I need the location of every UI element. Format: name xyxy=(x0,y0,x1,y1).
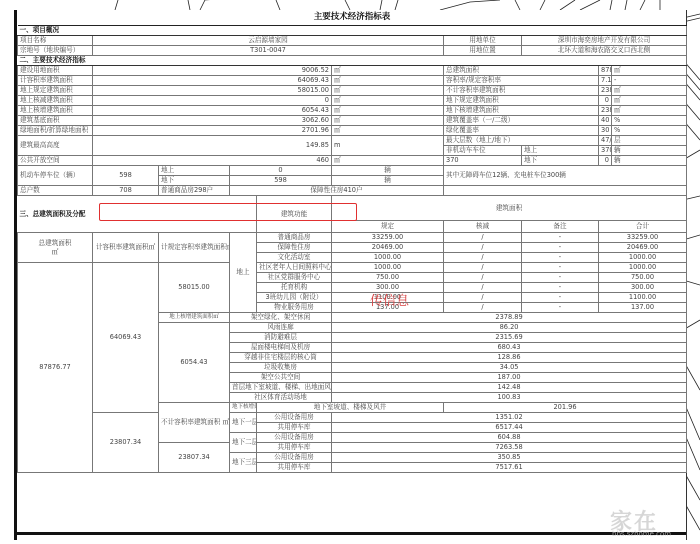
unit: 辆 xyxy=(612,146,687,156)
value: 598 xyxy=(93,166,159,186)
table-row: 地上核减建筑面积 0 ㎡ 地下规定建筑面积 0 ㎡ xyxy=(18,96,687,106)
label: 地下 xyxy=(522,156,599,166)
unit: 层 xyxy=(612,136,687,146)
value: 6517.44 xyxy=(332,423,687,433)
label: 地上 xyxy=(522,146,599,156)
value: 47/3 xyxy=(599,136,612,146)
bottom-border xyxy=(14,532,686,535)
value: - xyxy=(522,263,599,273)
table-row: 总户数 708 普通商品房298户 保障性住房410户 xyxy=(18,186,687,196)
function-name: 公用设备用房 xyxy=(257,433,332,443)
section-1-heading: 一、项目概况 xyxy=(18,26,687,36)
value: 1000.00 xyxy=(599,253,687,263)
function-name: 穿越非住宅楼层的核心筒 xyxy=(230,353,332,363)
spec-area-value: 58015.00 xyxy=(159,263,230,313)
value: 34.05 xyxy=(332,363,687,373)
value: 7517.61 xyxy=(332,463,687,473)
value: 2378.89 xyxy=(332,313,687,323)
value: 6054.43 xyxy=(93,106,332,116)
table-row: 计容积率建筑面积 64069.43 ㎡ 容积率/规定容积率 7.11 / 6.4… xyxy=(18,76,687,86)
unit: ㎡ xyxy=(332,66,444,76)
function-name: 首层地下室坡道、楼梯、出地面风井 xyxy=(230,383,332,393)
table-row: 机动车停车位（辆） 598 地上 0 辆 其中无障碍车位12辆、充电桩车位300… xyxy=(18,166,687,176)
value: 1000.00 xyxy=(332,263,444,273)
label: 地下规定建筑面积 xyxy=(444,96,599,106)
value: / xyxy=(444,303,522,313)
table-row: 地上规定建筑面积 58015.00 ㎡ 不计容积率建筑面积 23807.34 ㎡ xyxy=(18,86,687,96)
value: 370 xyxy=(444,156,522,166)
table-row: 宗地号（地块编号） T301-0047 用地位置 北环大道和海农路交叉口西北侧 xyxy=(18,46,687,56)
value: 300.00 xyxy=(599,283,687,293)
value: / xyxy=(444,273,522,283)
value: 33259.00 xyxy=(332,233,444,243)
function-name: 普通商品房 xyxy=(257,233,332,243)
unit: % xyxy=(612,116,687,126)
function-name: 共用停车库 xyxy=(257,463,332,473)
col-deduct: 核减 xyxy=(444,221,522,233)
function-name: 社区党群服务中心 xyxy=(257,273,332,283)
floor-label: 地下一层 xyxy=(230,413,257,433)
nonfar-area-header: 不计容积率建筑面积 ㎡ xyxy=(159,403,230,443)
value: 680.43 xyxy=(332,343,687,353)
unit: - xyxy=(612,76,687,86)
function-name: 架空绿化、架空休闲 xyxy=(230,313,332,323)
value: 0 xyxy=(599,96,612,106)
label: 总户数 xyxy=(18,186,93,196)
value: 2315.69 xyxy=(332,333,687,343)
function-name: 共用停车库 xyxy=(257,443,332,453)
label: 建筑最高高度 xyxy=(18,136,93,156)
label: 非机动车车位 xyxy=(444,146,522,156)
value: 33259.00 xyxy=(599,233,687,243)
value: 20469.00 xyxy=(332,243,444,253)
function-name: 物业服务用房 xyxy=(257,303,332,313)
value: 137.00 xyxy=(599,303,687,313)
value: 0 xyxy=(93,96,332,106)
value: 云启源墙家园 xyxy=(93,36,444,46)
label: 地上核减建筑面积 xyxy=(18,96,93,106)
label: 容积率/规定容积率 xyxy=(444,76,599,86)
label: 地上 xyxy=(159,166,230,176)
unit: ㎡ xyxy=(332,116,444,126)
function-name: 架空公共空间 xyxy=(230,373,332,383)
unit: ㎡ xyxy=(332,86,444,96)
label: 地上核增建筑面积 xyxy=(18,106,93,116)
col-spec: 规定 xyxy=(332,221,444,233)
table-row: 项目名称 云启源墙家园 用地单位 深圳市海奕房地产开发有限公司 xyxy=(18,36,687,46)
value: 1351.02 xyxy=(332,413,687,423)
value: 750.00 xyxy=(599,273,687,283)
value: 23807.34 xyxy=(599,106,612,116)
spec-area-header: 计规定容积率建筑面积㎡ xyxy=(159,233,230,263)
value: 20469.00 xyxy=(599,243,687,253)
indicators-table: 主要技术经济指标表 一、项目概况 项目名称 云启源墙家园 用地单位 深圳市海奕房… xyxy=(17,10,687,473)
unit: ㎡ xyxy=(332,96,444,106)
empty-cell xyxy=(444,186,687,196)
note: 其中无障碍车位12辆、充电桩车位300辆 xyxy=(444,166,687,186)
value: 64069.43 xyxy=(93,76,332,86)
total-area-value: 87876.77 xyxy=(18,263,93,473)
value: - xyxy=(522,293,599,303)
value: 北环大道和海农路交叉口西北侧 xyxy=(522,46,687,56)
label: 计容积率建筑面积 xyxy=(18,76,93,86)
value: 保障性住房410户 xyxy=(230,186,444,196)
value: 40 / 18.86 xyxy=(599,116,612,126)
value: / xyxy=(444,233,522,243)
label: 地下 xyxy=(159,176,230,186)
col-note: 备注 xyxy=(522,221,599,233)
value: 0 xyxy=(230,166,332,176)
table-row: 建筑基底面积 3062.60 ㎡ 建筑覆盖率（一/二级） 40 / 18.86 … xyxy=(18,116,687,126)
label: 用地位置 xyxy=(444,46,522,56)
table-row: 地上核增建筑面积 6054.43 ㎡ 地下核增建筑面积 23807.34 ㎡ xyxy=(18,106,687,116)
function-name: 托育机构 xyxy=(257,283,332,293)
value: - xyxy=(522,283,599,293)
function-name: 公用设备用房 xyxy=(257,453,332,463)
value: 1000.00 xyxy=(599,263,687,273)
value: - xyxy=(522,273,599,283)
value: / xyxy=(444,243,522,253)
value: 深圳市海奕房地产开发有限公司 xyxy=(522,36,687,46)
value: 86.20 xyxy=(332,323,687,333)
value: 87876.77 xyxy=(599,66,612,76)
label: 建筑覆盖率（一/二级） xyxy=(444,116,599,126)
above-increase-value: 6054.43 xyxy=(159,323,230,403)
col-function: 建筑功能 xyxy=(257,196,332,233)
unit: 辆 xyxy=(332,166,444,176)
floor-label: 地下二层 xyxy=(230,433,257,453)
unit: ㎡ xyxy=(332,126,444,136)
table-title: 主要技术经济指标表 xyxy=(18,10,687,26)
total-area-header: 总建筑面积㎡ xyxy=(18,233,93,263)
value: 128.86 xyxy=(332,353,687,363)
function-name: 风雨连廊 xyxy=(230,323,332,333)
unit: 辆 xyxy=(612,156,687,166)
value: 100.83 xyxy=(332,393,687,403)
value: - xyxy=(522,253,599,263)
value: 187.00 xyxy=(332,373,687,383)
function-name: 公用设备用房 xyxy=(257,413,332,423)
value: 750.00 xyxy=(332,273,444,283)
label: 公共开放空间 xyxy=(18,156,93,166)
function-name: 社区老年人日间照料中心 xyxy=(257,263,332,273)
value: 9006.52 xyxy=(93,66,332,76)
unit: ㎡ xyxy=(612,86,687,96)
value: / xyxy=(444,253,522,263)
technical-indicators-sheet: 主要技术经济指标表 一、项目概况 项目名称 云启源墙家园 用地单位 深圳市海奕房… xyxy=(14,10,687,540)
value: 0 xyxy=(599,156,612,166)
unit: ㎡ xyxy=(332,156,444,166)
below-increase-label: 地下核增建筑面积㎡ xyxy=(230,403,257,413)
label: 建设用地面积 xyxy=(18,66,93,76)
value: / xyxy=(444,263,522,273)
value: 7263.58 xyxy=(332,443,687,453)
unit: m xyxy=(332,136,444,156)
label: 建筑基底面积 xyxy=(18,116,93,126)
far-area-header: 计容积率建筑面积㎡ xyxy=(93,233,159,263)
function-name: 共用停车库 xyxy=(257,423,332,433)
value: 370 xyxy=(599,146,612,156)
value: 149.85 xyxy=(93,136,332,156)
label: 绿化覆盖率 xyxy=(444,126,599,136)
value: 7.11 / 6.45 xyxy=(599,76,612,86)
unit: % xyxy=(612,126,687,136)
value: 598 xyxy=(230,176,332,186)
nonfar-area-value: 23807.34 xyxy=(159,443,230,473)
value: 2701.96 xyxy=(93,126,332,136)
table-row: 绿地面积/折算绿地面积 2701.96 ㎡ 绿化覆盖率 30 % xyxy=(18,126,687,136)
value: 3062.60 xyxy=(93,116,332,126)
above-ground-label: 地上 xyxy=(230,233,257,313)
unit: ㎡ xyxy=(612,96,687,106)
label: 机动车停车位（辆） xyxy=(18,166,93,186)
annotation-text: 传信息 xyxy=(370,290,409,309)
table-row: 建设用地面积 9006.52 ㎡ 总建筑面积 87876.77 ㎡ xyxy=(18,66,687,76)
above-increase-label: 地上核增建筑面积㎡ xyxy=(159,313,230,323)
function-name: 屋面楼电梯间及机房 xyxy=(230,343,332,353)
value: - xyxy=(522,233,599,243)
value: 23807.34 xyxy=(599,86,612,96)
function-name: 地下室坡道、楼梯及风井 xyxy=(257,403,444,413)
section-3-heading: 三、总建筑面积及分配 xyxy=(18,196,257,233)
value: - xyxy=(522,303,599,313)
function-name: 3班幼儿园（附设） xyxy=(257,293,332,303)
col-sum: 合计 xyxy=(599,221,687,233)
value: 708 xyxy=(93,186,159,196)
label: 绿地面积/折算绿地面积 xyxy=(18,126,93,136)
label: 项目名称 xyxy=(18,36,93,46)
label: 地下核增建筑面积 xyxy=(444,106,599,116)
function-name: 消防避难层 xyxy=(230,333,332,343)
value: / xyxy=(444,293,522,303)
value: 1000.00 xyxy=(332,253,444,263)
unit: ㎡ xyxy=(332,106,444,116)
unit: ㎡ xyxy=(612,66,687,76)
watermark-url: bbs.szhome.com xyxy=(612,530,671,538)
function-name: 文化活动室 xyxy=(257,253,332,263)
value: T301-0047 xyxy=(93,46,444,56)
value: 30 xyxy=(599,126,612,136)
col-area: 建筑面积 xyxy=(332,196,687,221)
value: 58015.00 xyxy=(93,86,332,96)
value: 普通商品房298户 xyxy=(159,186,230,196)
floor-label: 地下三层 xyxy=(230,453,257,473)
unit: 辆 xyxy=(332,176,444,186)
unit: ㎡ xyxy=(332,76,444,86)
label: 总建筑面积 xyxy=(444,66,599,76)
value: / xyxy=(444,283,522,293)
table-row: 建筑最高高度 149.85 m 最大层数（地上/地下） 47/3 层 xyxy=(18,136,687,146)
below-increase-value: 23807.34 xyxy=(93,413,159,473)
label: 最大层数（地上/地下） xyxy=(444,136,599,146)
unit: ㎡ xyxy=(612,106,687,116)
value: 1100.00 xyxy=(599,293,687,303)
function-name: 保障性住房 xyxy=(257,243,332,253)
value: 460 xyxy=(93,156,332,166)
label: 地上规定建筑面积 xyxy=(18,86,93,96)
value: 350.85 xyxy=(332,453,687,463)
section-2-heading: 二、主要技术经济指标 xyxy=(18,56,687,66)
function-name: 社区体育活动场地 xyxy=(230,393,332,403)
label: 用地单位 xyxy=(444,36,522,46)
value: 201.96 xyxy=(444,403,687,413)
far-area-value: 64069.43 xyxy=(93,263,159,413)
label: 不计容积率建筑面积 xyxy=(444,86,599,96)
value: 142.48 xyxy=(332,383,687,393)
value: 604.88 xyxy=(332,433,687,443)
value: - xyxy=(522,243,599,253)
table-row: 公共开放空间 460 ㎡ 370 地下 0 辆 xyxy=(18,156,687,166)
label: 宗地号（地块编号） xyxy=(18,46,93,56)
function-name: 垃圾收集房 xyxy=(230,363,332,373)
